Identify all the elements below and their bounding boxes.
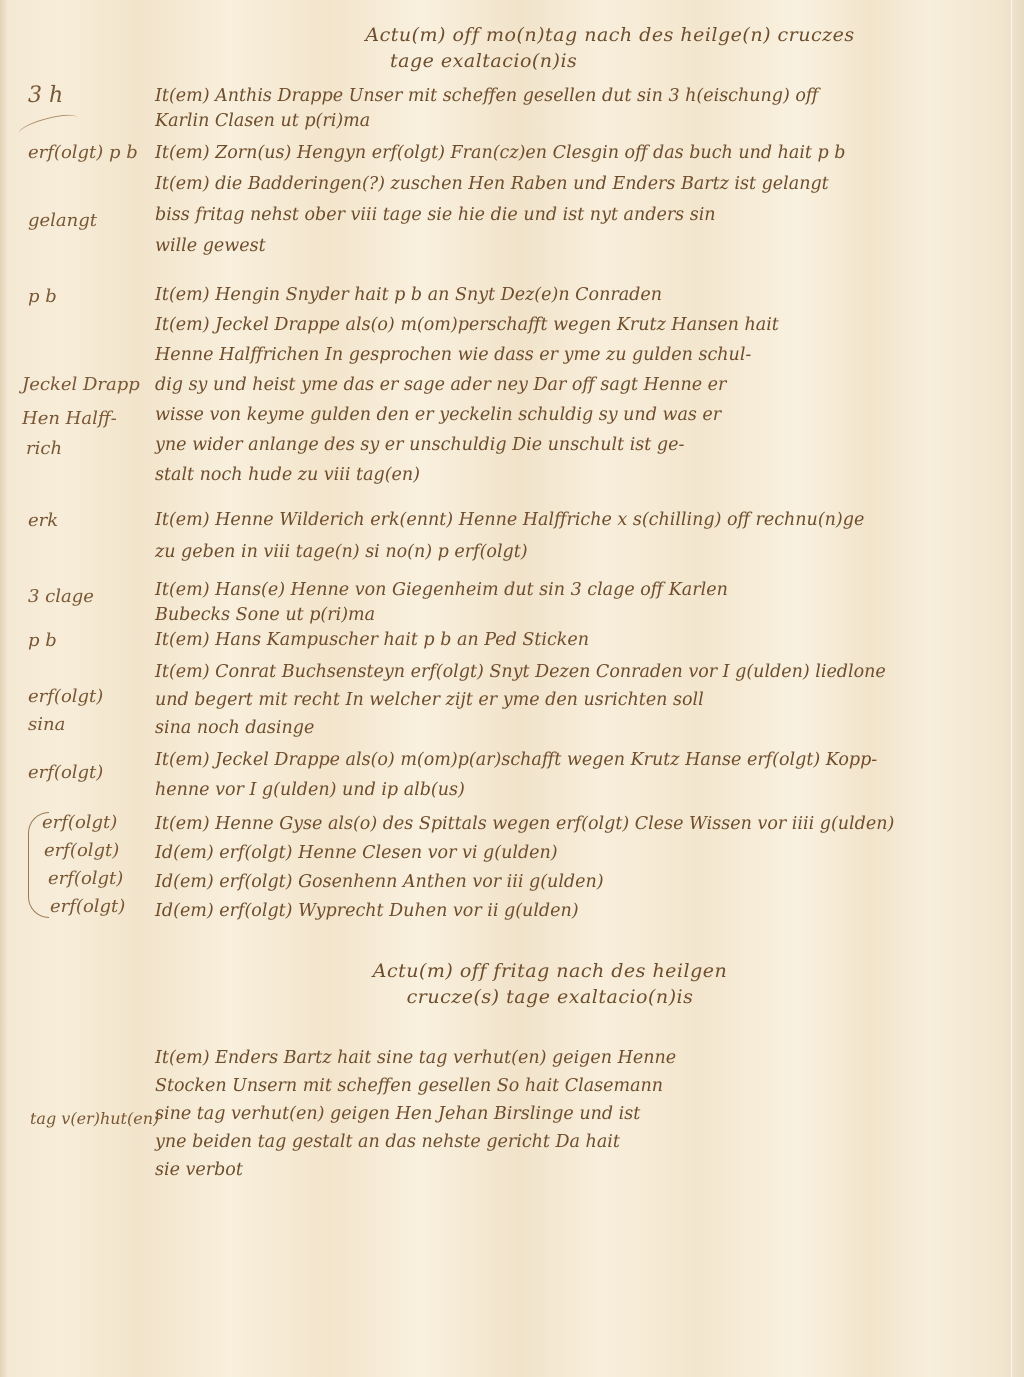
entry-line: It(em) Hengin Snyder hait p b an Snyt De… bbox=[155, 283, 1015, 308]
margin-note: Hen Halff- bbox=[22, 408, 152, 430]
entry-line: It(em) Jeckel Drappe als(o) m(om)p(ar)sc… bbox=[155, 748, 1015, 778]
page-left-edge bbox=[0, 0, 8, 1377]
entry-line: biss fritag nehst ober viii tage sie hie… bbox=[155, 203, 1015, 228]
entry-line: dig sy und heist yme das er sage ader ne… bbox=[155, 373, 1015, 403]
entry-line: Henne Halffrichen In gesprochen wie dass… bbox=[155, 343, 1015, 373]
margin-bracket bbox=[28, 812, 49, 918]
entry-line: It(em) Anthis Drappe Unser mit scheffen … bbox=[155, 84, 1015, 109]
record-entry: It(em) Henne Wilderich erk(ennt) Henne H… bbox=[155, 508, 1015, 572]
entry-line: Stocken Unsern mit scheffen gesellen So … bbox=[155, 1074, 1015, 1102]
entry-line: yne beiden tag gestalt an das nehste ger… bbox=[155, 1130, 1015, 1158]
record-entry: It(em) Hengin Snyder hait p b an Snyt De… bbox=[155, 283, 1015, 308]
entry-line: henne vor I g(ulden) und ip alb(us) bbox=[155, 778, 1015, 808]
margin-note: erf(olgt) bbox=[28, 762, 158, 784]
margin-note: rich bbox=[26, 438, 156, 460]
entry-line: Karlin Clasen ut p(ri)ma bbox=[155, 109, 1015, 134]
entry-line: It(em) Henne Wilderich erk(ennt) Henne H… bbox=[155, 508, 1015, 540]
session-heading-2: Actu(m) off fritag nach des heilgen cruc… bbox=[320, 958, 780, 1010]
entry-line: It(em) Hans(e) Henne von Giegenheim dut … bbox=[155, 578, 1015, 603]
heading-line: Actu(m) off mo(n)tag nach des heilge(n) … bbox=[340, 22, 880, 48]
margin-note: 3 h bbox=[28, 85, 158, 107]
margin-note: gelangt bbox=[28, 210, 158, 232]
entry-line: sie verbot bbox=[155, 1158, 1015, 1186]
entry-line: It(em) Henne Gyse als(o) des Spittals we… bbox=[155, 812, 1015, 841]
entry-line: sine tag verhut(en) geigen Hen Jehan Bir… bbox=[155, 1102, 1015, 1130]
entry-line: wille gewest bbox=[155, 234, 1015, 259]
entry-line: It(em) Hans Kampuscher hait p b an Ped S… bbox=[155, 628, 1015, 653]
entry-line: yne wider anlange des sy er unschuldig D… bbox=[155, 433, 1015, 463]
margin-note: tag v(er)hut(en) bbox=[30, 1108, 160, 1130]
entry-line: It(em) Enders Bartz hait sine tag verhut… bbox=[155, 1046, 1015, 1074]
margin-note: erf(olgt) p b bbox=[28, 142, 158, 164]
entry-line: zu geben in viii tage(n) si no(n) p erf(… bbox=[155, 540, 1015, 572]
entry-line: It(em) Zorn(us) Hengyn erf(olgt) Fran(cz… bbox=[155, 141, 1015, 166]
record-entry: It(em) Hans Kampuscher hait p b an Ped S… bbox=[155, 628, 1015, 653]
record-entry: It(em) Henne Gyse als(o) des Spittals we… bbox=[155, 812, 1015, 928]
heading-line: tage exaltacio(n)is bbox=[340, 48, 880, 74]
entry-line: Id(em) erf(olgt) Henne Clesen vor vi g(u… bbox=[155, 841, 1015, 870]
record-entry: It(em) die Badderingen(?) zuschen Hen Ra… bbox=[155, 172, 1015, 259]
entry-line: Id(em) erf(olgt) Wyprecht Duhen vor ii g… bbox=[155, 899, 1015, 928]
record-entry: It(em) Conrat Buchsensteyn erf(olgt) Sny… bbox=[155, 660, 1015, 744]
margin-note: 3 clage bbox=[28, 586, 158, 608]
record-entry: It(em) Anthis Drappe Unser mit scheffen … bbox=[155, 84, 1015, 134]
session-heading-1: Actu(m) off mo(n)tag nach des heilge(n) … bbox=[340, 22, 880, 74]
record-entry: It(em) Zorn(us) Hengyn erf(olgt) Fran(cz… bbox=[155, 141, 1015, 166]
entry-line: It(em) die Badderingen(?) zuschen Hen Ra… bbox=[155, 172, 1015, 197]
entry-line: Bubecks Sone ut p(ri)ma bbox=[155, 603, 1015, 628]
record-entry: It(em) Jeckel Drappe als(o) m(om)p(ar)sc… bbox=[155, 748, 1015, 808]
margin-note: erf(olgt) bbox=[28, 686, 158, 708]
entry-line: Id(em) erf(olgt) Gosenhenn Anthen vor ii… bbox=[155, 870, 1015, 899]
margin-note: p b bbox=[28, 630, 158, 652]
margin-flourish bbox=[17, 110, 79, 140]
entry-line: It(em) Jeckel Drappe als(o) m(om)perscha… bbox=[155, 313, 1015, 343]
entry-line: stalt noch hude zu viii tag(en) bbox=[155, 463, 1015, 493]
heading-line: crucze(s) tage exaltacio(n)is bbox=[320, 984, 780, 1010]
margin-note: erf(olgt) bbox=[42, 812, 172, 834]
record-entry: It(em) Hans(e) Henne von Giegenheim dut … bbox=[155, 578, 1015, 628]
margin-note: p b bbox=[28, 286, 158, 308]
margin-note: sina bbox=[28, 714, 158, 736]
margin-note: erk bbox=[28, 510, 158, 532]
record-entry: It(em) Jeckel Drappe als(o) m(om)perscha… bbox=[155, 313, 1015, 493]
entry-line: und begert mit recht In welcher zijt er … bbox=[155, 688, 1015, 716]
heading-line: Actu(m) off fritag nach des heilgen bbox=[320, 958, 780, 984]
entry-line: It(em) Conrat Buchsensteyn erf(olgt) Sny… bbox=[155, 660, 1015, 688]
entry-line: sina noch dasinge bbox=[155, 716, 1015, 744]
entry-line: wisse von keyme gulden den er yeckelin s… bbox=[155, 403, 1015, 433]
record-entry: It(em) Enders Bartz hait sine tag verhut… bbox=[155, 1046, 1015, 1186]
margin-note: Jeckel Drapp bbox=[22, 374, 152, 396]
